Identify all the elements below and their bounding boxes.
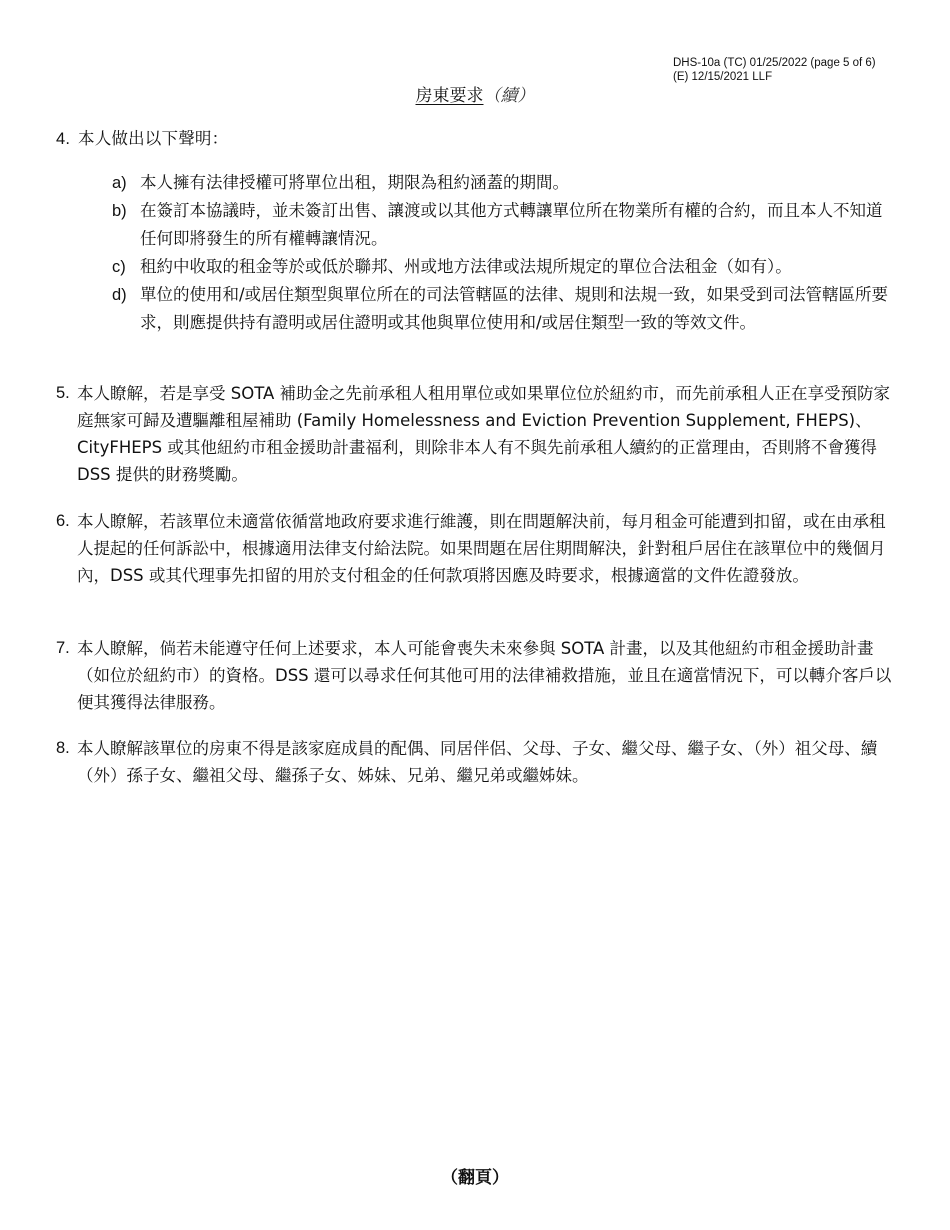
continued-label: （續） — [484, 86, 535, 106]
item-text: 本人瞭解，若是享受 SOTA 補助金之先前承租人租用單位或如果單位位於紐約市，而… — [77, 380, 896, 488]
item-number: 8. — [56, 735, 70, 762]
item-text: 本人做出以下聲明： — [78, 125, 228, 153]
subitem-text: 在簽訂本協議時，並未簽訂出售、讓渡或以其他方式轉讓單位所在物業所有權的合約，而且… — [140, 197, 892, 253]
statement-item-7: 7. 本人瞭解，倘若未能遵守任何上述要求，本人可能會喪失未來參與 SOTA 計畫… — [56, 635, 896, 716]
subitem-text: 單位的使用和/或居住類型與單位所在的司法管轄區的法律、規則和法規一致，如果受到司… — [140, 281, 892, 337]
item-number: 6. — [56, 508, 70, 535]
item-text: 本人瞭解，若該單位未適當依循當地政府要求進行維護，則在問題解決前，每月租金可能遭… — [77, 508, 896, 589]
subitem-text: 租約中收取的租金等於或低於聯邦、州或地方法律或法規所規定的單位合法租金（如有）。 — [140, 253, 892, 281]
item-text: 本人瞭解該單位的房東不得是該家庭成員的配偶、同居伴侶、父母、子女、繼父母、繼子女… — [77, 735, 896, 789]
form-id-line: DHS-10a (TC) 01/25/2022 (page 5 of 6) — [673, 56, 876, 70]
subitem-text: 本人擁有法律授權可將單位出租，期限為租約涵蓋的期間。 — [140, 169, 892, 197]
statement-item-5: 5. 本人瞭解，若是享受 SOTA 補助金之先前承租人租用單位或如果單位位於紐約… — [56, 380, 896, 488]
subitem-letter: d) — [112, 281, 127, 309]
item-number: 4. — [56, 125, 70, 153]
statement-item-6: 6. 本人瞭解，若該單位未適當依循當地政府要求進行維護，則在問題解決前，每月租金… — [56, 508, 896, 589]
subitem-letter: b) — [112, 197, 127, 225]
form-english-date-line: (E) 12/15/2021 LLF — [673, 70, 876, 84]
item-number: 5. — [56, 380, 70, 407]
subitem-d: d) 單位的使用和/或居住類型與單位所在的司法管轄區的法律、規則和法規一致，如果… — [112, 281, 892, 337]
subitem-c: c) 租約中收取的租金等於或低於聯邦、州或地方法律或法規所規定的單位合法租金（如… — [112, 253, 892, 281]
item-number: 7. — [56, 635, 70, 662]
form-reference: DHS-10a (TC) 01/25/2022 (page 5 of 6) (E… — [673, 56, 876, 84]
page-title: 房東要求（續） — [0, 84, 950, 108]
subitem-b: b) 在簽訂本協議時，並未簽訂出售、讓渡或以其他方式轉讓單位所在物業所有權的合約… — [112, 197, 892, 253]
item-text: 本人瞭解，倘若未能遵守任何上述要求，本人可能會喪失未來參與 SOTA 計畫，以及… — [77, 635, 896, 716]
subitem-a: a) 本人擁有法律授權可將單位出租，期限為租約涵蓋的期間。 — [112, 169, 892, 197]
statement-item-4: 4. 本人做出以下聲明： — [56, 125, 228, 153]
section-title: 房東要求 — [416, 86, 484, 106]
subitem-letter: c) — [112, 253, 126, 281]
statement-item-8: 8. 本人瞭解該單位的房東不得是該家庭成員的配偶、同居伴侶、父母、子女、繼父母、… — [56, 735, 896, 789]
subitem-letter: a) — [112, 169, 127, 197]
turn-page-label: （翻頁） — [0, 1166, 950, 1190]
